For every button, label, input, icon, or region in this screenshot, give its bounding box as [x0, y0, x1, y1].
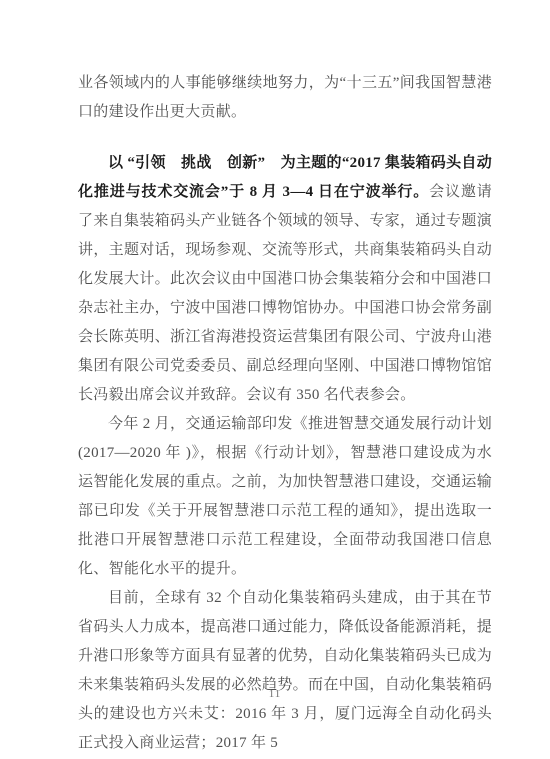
text-run: 今年 2 月，交通运输部印发《推进智慧交通发展行动计划 (2017—2020 年…: [78, 416, 492, 577]
policy-paragraph: 今年 2 月，交通运输部印发《推进智慧交通发展行动计划 (2017—2020 年…: [78, 410, 492, 584]
text-run: 目前，全球有 32 个自动化集装箱码头建成，由于其在节省码头人力成本，提高港口通…: [78, 590, 492, 751]
text-run: 会议邀请了来自集装箱码头产业链各个领域的领导、专家，通过专题演讲，主题对话，现场…: [78, 184, 492, 403]
continuation-paragraph: 业各领域内的人事能够继续地努力，为“十三五”间我国智慧港口的建设作出更大贡献。: [78, 69, 492, 127]
automation-paragraph: 目前，全球有 32 个自动化集装箱码头建成，由于其在节省码头人力成本，提高港口通…: [78, 584, 492, 758]
text-run: 业各领域内的人事能够继续地努力，为“十三五”间我国智慧港口的建设作出更大贡献。: [78, 75, 492, 120]
page-number: 11: [0, 688, 550, 700]
conference-paragraph: 以 “引领 挑战 创新” 为主题的“2017 集装箱码头自动化推进与技术交流会”…: [78, 149, 492, 410]
document-page: 业各领域内的人事能够继续地努力，为“十三五”间我国智慧港口的建设作出更大贡献。以…: [0, 0, 550, 759]
page-body: 业各领域内的人事能够继续地努力，为“十三五”间我国智慧港口的建设作出更大贡献。以…: [78, 69, 492, 758]
